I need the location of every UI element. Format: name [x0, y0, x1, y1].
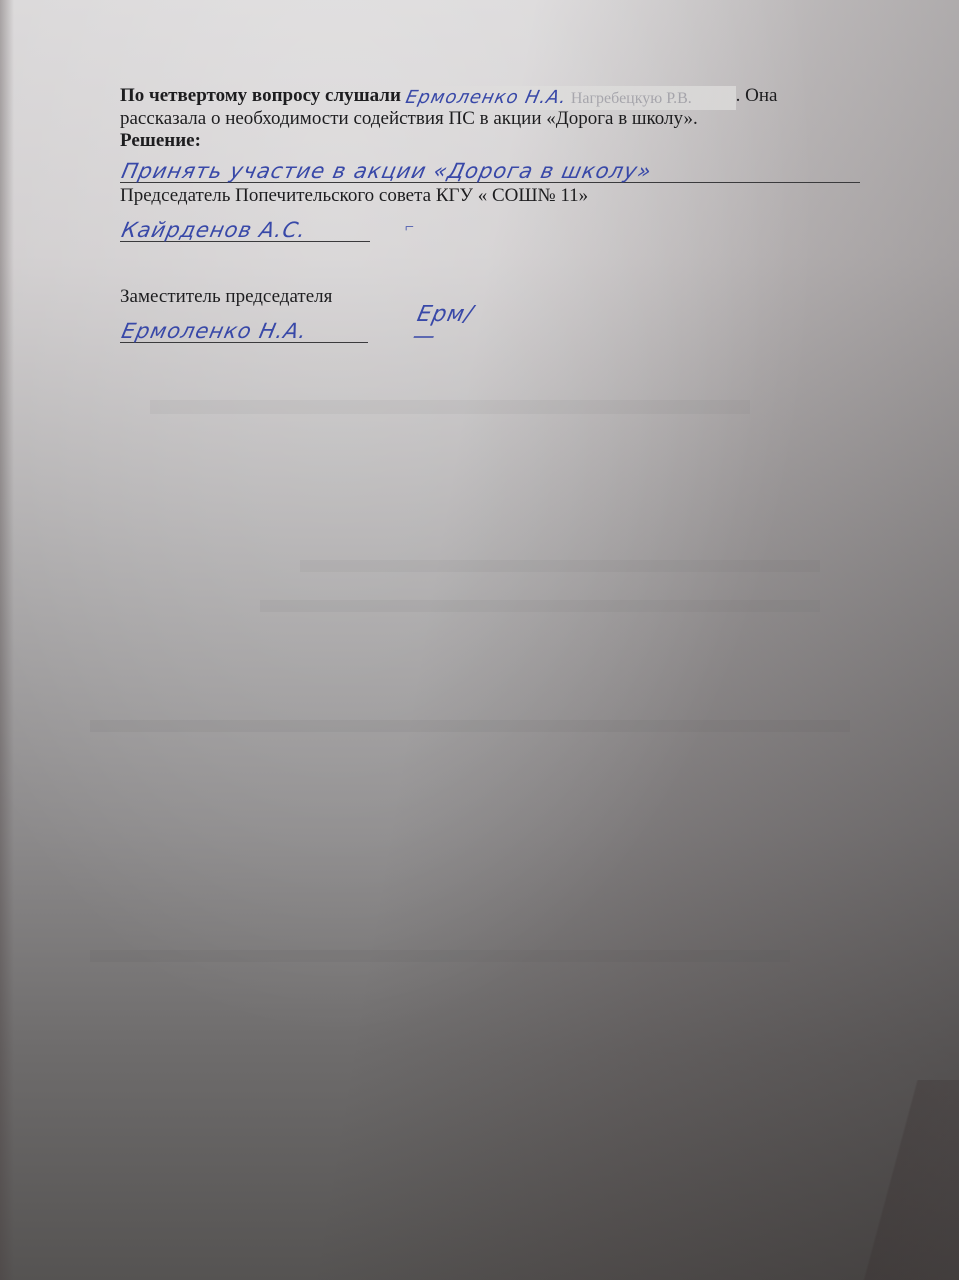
deputy-name-handwritten: Ермоленко Н.А. — [120, 320, 310, 342]
reverse-side-bleed — [300, 560, 820, 572]
chairman-mark: ⌐ — [405, 217, 414, 239]
speaker-handwritten: Ермоленко Н.А. — [403, 87, 568, 109]
speaker-printed-ghost: Нагребецкую Р.В. — [571, 90, 692, 107]
decision-field: Принять участие в акции «Дорога в школу» — [120, 152, 860, 183]
chairman-role: Председатель Попечительского совета КГУ … — [120, 185, 880, 207]
protocol-page: По четвертому вопросу слушали Ермоленко … — [120, 84, 880, 343]
chairman-signature-field: Кайрденов А.С. ⌐ — [120, 211, 370, 242]
item4-heading: По четвертому вопросу слушали — [120, 85, 401, 106]
paper-fold-shadow — [799, 1080, 959, 1280]
chairman-name-handwritten: Кайрденов А.С. — [120, 219, 309, 241]
reverse-side-bleed — [90, 720, 850, 732]
decision-label: Решение: — [120, 130, 880, 152]
reverse-side-bleed — [260, 600, 820, 612]
item4-heading-line: По четвертому вопросу слушали Ермоленко … — [120, 84, 880, 108]
paper-edge-shadow — [0, 0, 14, 1280]
deputy-signature-field: Ермоленко Н.А. Ерм/— — [120, 312, 368, 343]
speaker-field: Ермоленко Н.А. Нагребецкую Р.В. — [406, 86, 736, 110]
reverse-side-bleed — [150, 400, 750, 414]
item4-suffix: . Она — [736, 85, 778, 106]
reverse-side-bleed — [90, 950, 790, 962]
item4-body: рассказала о необходимости содействия ПС… — [120, 108, 880, 130]
decision-handwritten: Принять участие в акции «Дорога в школу» — [120, 160, 654, 182]
deputy-role: Заместитель председателя — [120, 286, 880, 308]
deputy-signature: Ерм/— — [410, 304, 475, 348]
